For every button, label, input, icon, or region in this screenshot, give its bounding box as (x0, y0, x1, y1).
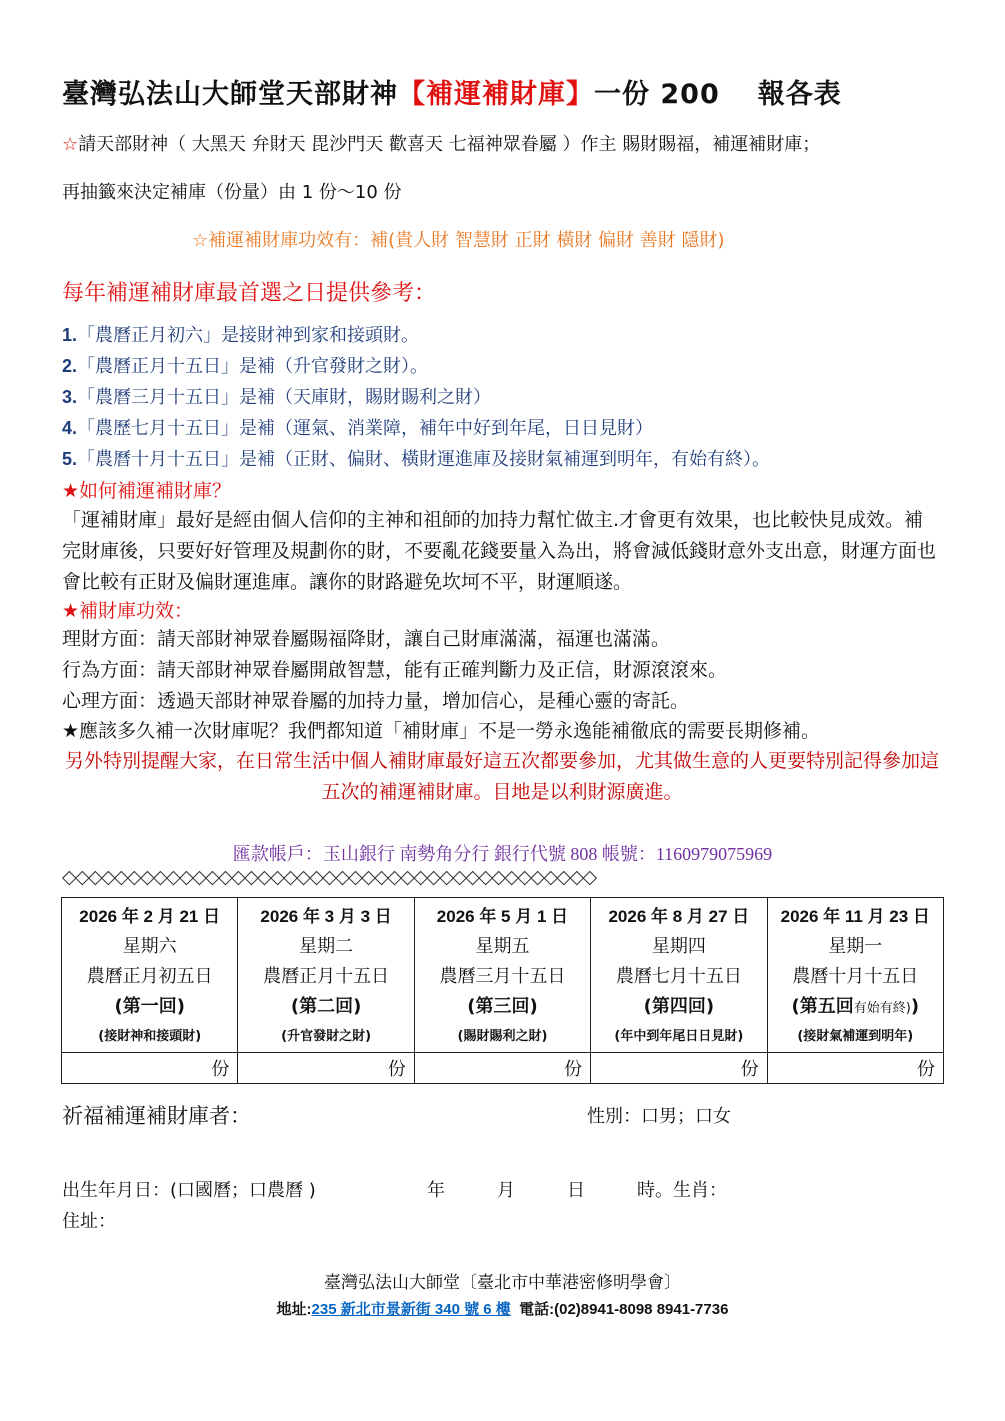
phone-info: 電話:(02)8941-8098 8941-7736 (519, 1301, 728, 1318)
address-label: 地址: (277, 1301, 312, 1318)
birth-hour-zodiac-label: 時。生肖： (637, 1176, 727, 1202)
gender-female-checkbox[interactable]: 口女 (695, 1106, 731, 1127)
schedule-quantity-row: 份 份 份 份 份 (62, 1053, 944, 1084)
effect-row: 理財方面：請天部財神眾眷屬賜福降財，讓自己財庫滿滿，福運也滿滿。 (62, 624, 727, 655)
address-link[interactable]: 235 新北市景新街 340 號 6 樓 (312, 1301, 511, 1318)
birth-day-label: 日 (567, 1176, 637, 1202)
title-price: 一份 200 (594, 79, 720, 110)
howto-paragraph: 「運補財庫」最好是經由個人信仰的主神和祖師的加持力幫忙做主.才會更有效果，也比較… (62, 505, 942, 598)
gender-label: 性別： (587, 1106, 641, 1127)
recommended-heading: 每年補運補財庫最首選之日提供參考： (62, 276, 436, 307)
list-item: 2.「農曆正月十五日」是補（升官發財之財）。 (62, 351, 770, 382)
prayer-name-field[interactable]: 祈福補運補財庫者： (62, 1100, 251, 1130)
intro-line-1: ☆請天部財神（ 大黑天 弁財天 毘沙門天 歡喜天 七福神眾眷屬 ）作主 賜財賜福… (62, 130, 820, 156)
list-item: 1.「農曆正月初六」是接財神到家和接頭財。 (62, 320, 770, 351)
recommended-dates-list: 1.「農曆正月初六」是接財神到家和接頭財。 2.「農曆正月十五日」是補（升官發財… (62, 320, 770, 475)
howto-heading: ★如何補運補財庫？ (62, 476, 231, 503)
star-outline-icon: ☆ (62, 134, 78, 155)
quantity-field[interactable]: 份 (767, 1053, 943, 1084)
schedule-cell: 2026 年 2 月 21 日 星期六 農曆正月初五日 (第一回) (接財神和接… (62, 898, 238, 1053)
intro-line-2: 再抽籤來決定補庫（份量）由 1 份～10 份 (62, 178, 402, 204)
schedule-cell: 2026 年 11 月 23 日 星期一 農曆十月十五日 (第五回有始有終)) … (767, 898, 943, 1053)
title-prefix: 臺灣弘法山大師堂天部財神 (62, 79, 398, 110)
effect-row: 心理方面：透過天部財神眾眷屬的加持力量，增加信心，是種心靈的寄託。 (62, 686, 727, 717)
diamond-divider: ◇◇◇◇◇◇◇◇◇◇◇◇◇◇◇◇◇◇◇◇◇◇◇◇◇◇◇◇◇◇◇◇◇◇◇◇◇◇◇◇… (62, 866, 922, 888)
birth-label: 出生年月日：(口國曆；口農曆 ) (62, 1176, 427, 1202)
schedule-cell: 2026 年 8 月 27 日 星期四 農曆七月十五日 (第四回) (年中到年尾… (591, 898, 767, 1053)
benefit-line: ☆補運補財庫功效有：補(貴人財 智慧財 正財 橫財 偏財 善財 隱財) (192, 226, 725, 252)
list-item: 4.「農歷七月十五日」是補（運氣、消業障，補年中好到年尾，日日見財） (62, 413, 770, 444)
quantity-field[interactable]: 份 (62, 1053, 238, 1084)
title-highlight: 【補運補財庫】 (398, 79, 594, 110)
quantity-field[interactable]: 份 (238, 1053, 414, 1084)
schedule-cell: 2026 年 3 月 3 日 星期二 農曆正月十五日 (第二回) (升官發財之財… (238, 898, 414, 1053)
effect-row: 行為方面：請天部財神眾眷屬開啟智慧，能有正確判斷力及正信，財源滾滾來。 (62, 655, 727, 686)
quantity-field[interactable]: 份 (591, 1053, 767, 1084)
reminder-note: 另外特別提醒大家，在日常生活中個人補財庫最好這五次都要參加，尤其做生意的人更要特… (62, 746, 942, 808)
list-item: 5.「農曆十月十五日」是補（正財、偏財、橫財運進庫及接財氣補運到明年，有始有終）… (62, 444, 770, 475)
title-suffix: 報各表 (758, 79, 842, 110)
list-item: 3.「農曆三月十五日」是補（天庫財，賜財賜利之財） (62, 382, 770, 413)
bank-account-info: 匯款帳戶：玉山銀行 南勢角分行 銀行代號 808 帳號：116097907596… (0, 840, 1005, 866)
schedule-info-row: 2026 年 2 月 21 日 星期六 農曆正月初五日 (第一回) (接財神和接… (62, 898, 944, 1053)
intro-text-1: 請天部財神（ 大黑天 弁財天 毘沙門天 歡喜天 七福神眾眷屬 ）作主 賜財賜福，… (78, 134, 820, 155)
how-often-text: ★應該多久補一次財庫呢？我們都知道「補財庫」不是一勞永逸能補徹底的需要長期修補。 (62, 716, 820, 743)
schedule-table: 2026 年 2 月 21 日 星期六 農曆正月初五日 (第一回) (接財神和接… (61, 897, 944, 1084)
schedule-cell: 2026 年 5 月 1 日 星期五 農曆三月十五日 (第三回) (賜財賜利之財… (414, 898, 590, 1053)
contact-info: 地址:235 新北市景新街 340 號 6 樓 電話:(02)8941-8098… (0, 1298, 1005, 1319)
address-field[interactable]: 住址： (62, 1207, 116, 1233)
page-title: 臺灣弘法山大師堂天部財神【補運補財庫】一份 200報各表 (62, 72, 842, 111)
organization-name: 臺灣弘法山大師堂〔臺北市中華港密修明學會〕 (0, 1268, 1005, 1293)
birth-date-field[interactable]: 出生年月日：(口國曆；口農曆 )年月日時。生肖： (62, 1176, 727, 1202)
gender-male-checkbox[interactable]: 口男 (641, 1106, 677, 1127)
effects-list: 理財方面：請天部財神眾眷屬賜福降財，讓自己財庫滿滿，福運也滿滿。 行為方面：請天… (62, 624, 727, 717)
effects-heading: ★補財庫功效： (62, 596, 193, 623)
gender-field: 性別：口男；口女 (587, 1102, 731, 1128)
quantity-field[interactable]: 份 (414, 1053, 590, 1084)
birth-year-label: 年 (427, 1176, 497, 1202)
birth-month-label: 月 (497, 1176, 567, 1202)
